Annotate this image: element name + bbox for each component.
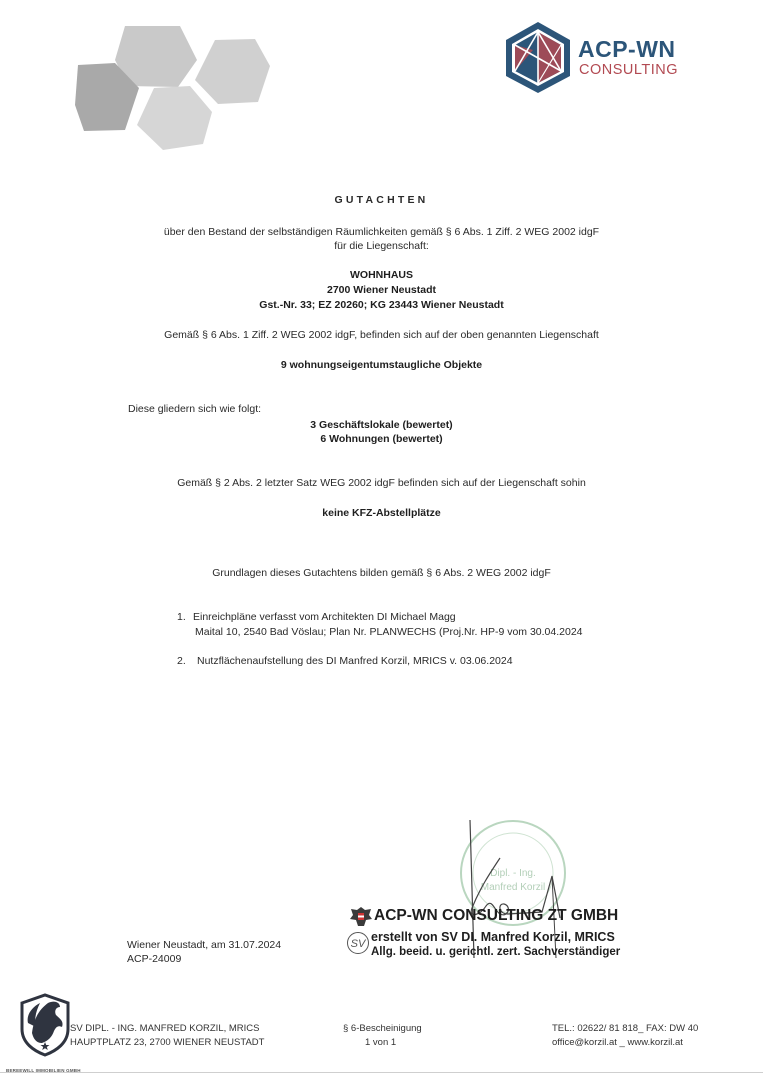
property-type: WOHNHAUS — [0, 268, 763, 282]
austrian-eagle-icon — [349, 905, 373, 927]
intro-line-2: für die Liegenschaft: — [0, 239, 763, 253]
company-name: ACP-WN CONSULTING ZT GMBH — [374, 907, 618, 925]
reference-number: ACP-24009 — [127, 952, 181, 966]
breakdown-item-2: 6 Wohnungen (bewertet) — [0, 432, 763, 446]
place-date: Wiener Neustadt, am 31.07.2024 — [127, 938, 281, 952]
objects-count: 9 wohnungseigentumstaugliche Objekte — [0, 358, 763, 372]
basis-item-1-line-2: Maital 10, 2540 Bad Vöslau; Plan Nr. PLA… — [195, 625, 583, 639]
hexagon-cluster-logo — [70, 20, 280, 155]
document-title: GUTACHTEN — [0, 194, 763, 206]
footer-divider — [0, 1072, 763, 1073]
parking-statement: keine KFZ-Abstellplätze — [0, 506, 763, 520]
hexagon-logo-icon — [503, 20, 573, 95]
footer-phone-fax: TEL.: 02622/ 81 818_ FAX: DW 40 — [552, 1022, 698, 1035]
basis-item-text: Einreichpläne verfasst vom Architekten D… — [193, 611, 456, 623]
footer-contact: office@korzil.at _ www.korzil.at — [552, 1036, 683, 1049]
basis-item-2: 2.Nutzflächenaufstellung des DI Manfred … — [177, 654, 513, 668]
basis-heading: Grundlagen dieses Gutachtens bilden gemä… — [0, 566, 763, 580]
brand-name: ACP-WN — [578, 36, 676, 63]
breakdown-item-1: 3 Geschäftslokale (bewertet) — [0, 418, 763, 432]
basis-item-1: 1.Einreichpläne verfasst vom Architekten… — [177, 610, 456, 624]
statement-1: Gemäß § 6 Abs. 1 Ziff. 2 WEG 2002 idgF, … — [0, 328, 763, 342]
intro-line-1: über den Bestand der selbständigen Räuml… — [0, 225, 763, 239]
certification: Allg. beeid. u. gerichtl. zert. Sachvers… — [371, 946, 620, 958]
breakdown-label: Diese gliedern sich wie folgt: — [128, 402, 261, 416]
property-register: Gst.-Nr. 33; EZ 20260; KG 23443 Wiener N… — [0, 298, 763, 312]
basis-item-text: Nutzflächenaufstellung des DI Manfred Ko… — [197, 655, 513, 667]
brand-subtitle: CONSULTING — [579, 62, 678, 78]
created-by: erstellt von SV DI. Manfred Korzil, MRIC… — [371, 930, 615, 944]
horse-shield-logo-icon — [18, 993, 72, 1057]
property-address: 2700 Wiener Neustadt — [0, 283, 763, 297]
svg-text:SV: SV — [351, 938, 367, 950]
footer-expert-name: SV DIPL. - ING. MANFRED KORZIL, MRICS — [70, 1022, 260, 1035]
sv-seal-icon: SV — [346, 931, 370, 955]
footer-document-type: § 6-Bescheinigung — [343, 1022, 422, 1035]
footer-address: HAUPTPLATZ 23, 2700 WIENER NEUSTADT — [70, 1036, 264, 1049]
footer-page-number: 1 von 1 — [365, 1036, 396, 1049]
basis-item-number: 1. — [177, 610, 193, 624]
basis-item-number: 2. — [177, 654, 197, 668]
statement-2: Gemäß § 2 Abs. 2 letzter Satz WEG 2002 i… — [0, 476, 763, 490]
